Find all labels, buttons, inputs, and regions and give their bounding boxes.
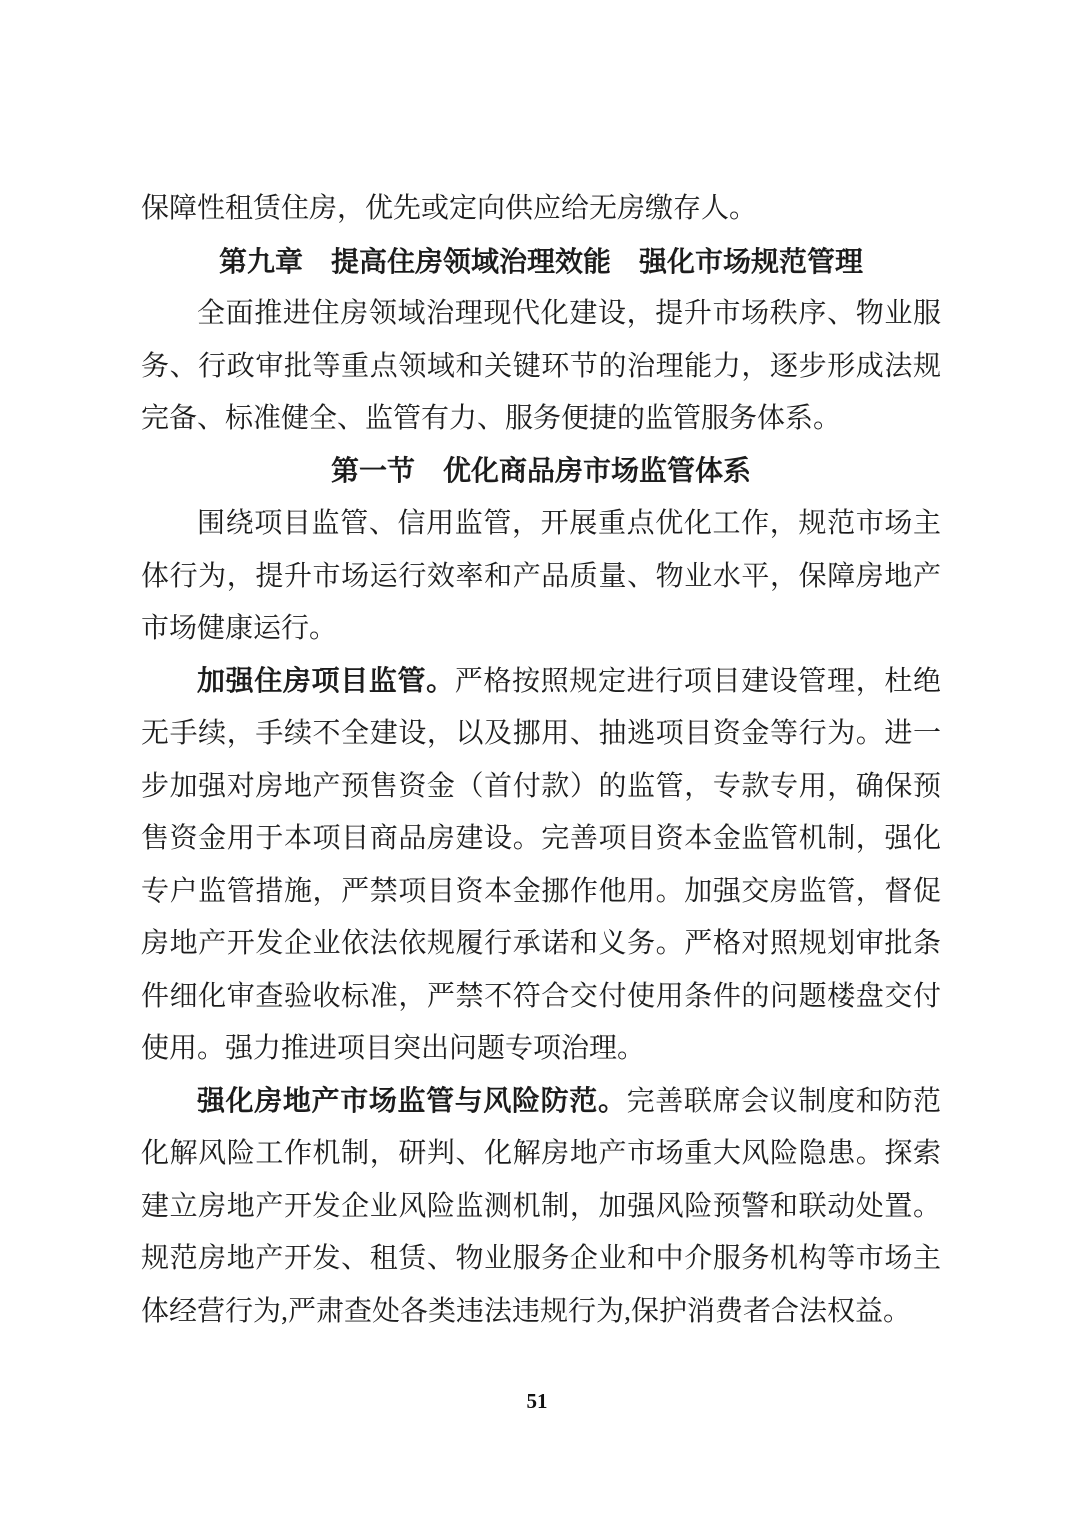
project-supervision-lead: 加强住房项目监管。	[197, 666, 455, 697]
body-text: 保障性租赁住房，优先或定向供应给无房缴存人。 第九章 提高住房领域治理效能 强化…	[141, 183, 941, 1338]
risk-prevention-lead: 强化房地产市场监管与风险防范。	[197, 1086, 627, 1117]
paragraph-continuation: 保障性租赁住房，优先或定向供应给无房缴存人。	[141, 183, 941, 236]
project-supervision-paragraph: 加强住房项目监管。严格按照规定进行项目建设管理，杜绝无手续，手续不全建设，以及挪…	[141, 656, 941, 1076]
page-number: 51	[0, 1388, 1074, 1414]
section-heading: 第一节 优化商品房市场监管体系	[141, 446, 941, 499]
project-supervision-body: 严格按照规定进行项目建设管理，杜绝无手续，手续不全建设，以及挪用、抽逃项目资金等…	[141, 666, 941, 1065]
chapter-heading: 第九章 提高住房领域治理效能 强化市场规范管理	[141, 236, 941, 289]
chapter-intro-paragraph: 全面推进住房领域治理现代化建设，提升市场秩序、物业服务、行政审批等重点领域和关键…	[141, 288, 941, 446]
section-intro-paragraph: 围绕项目监管、信用监管，开展重点优化工作，规范市场主体行为，提升市场运行效率和产…	[141, 498, 941, 656]
risk-prevention-body: 完善联席会议制度和防范化解风险工作机制，研判、化解房地产市场重大风险隐患。探索建…	[141, 1086, 941, 1327]
document-page: 保障性租赁住房，优先或定向供应给无房缴存人。 第九章 提高住房领域治理效能 强化…	[0, 0, 1074, 1519]
risk-prevention-paragraph: 强化房地产市场监管与风险防范。完善联席会议制度和防范化解风险工作机制，研判、化解…	[141, 1076, 941, 1339]
